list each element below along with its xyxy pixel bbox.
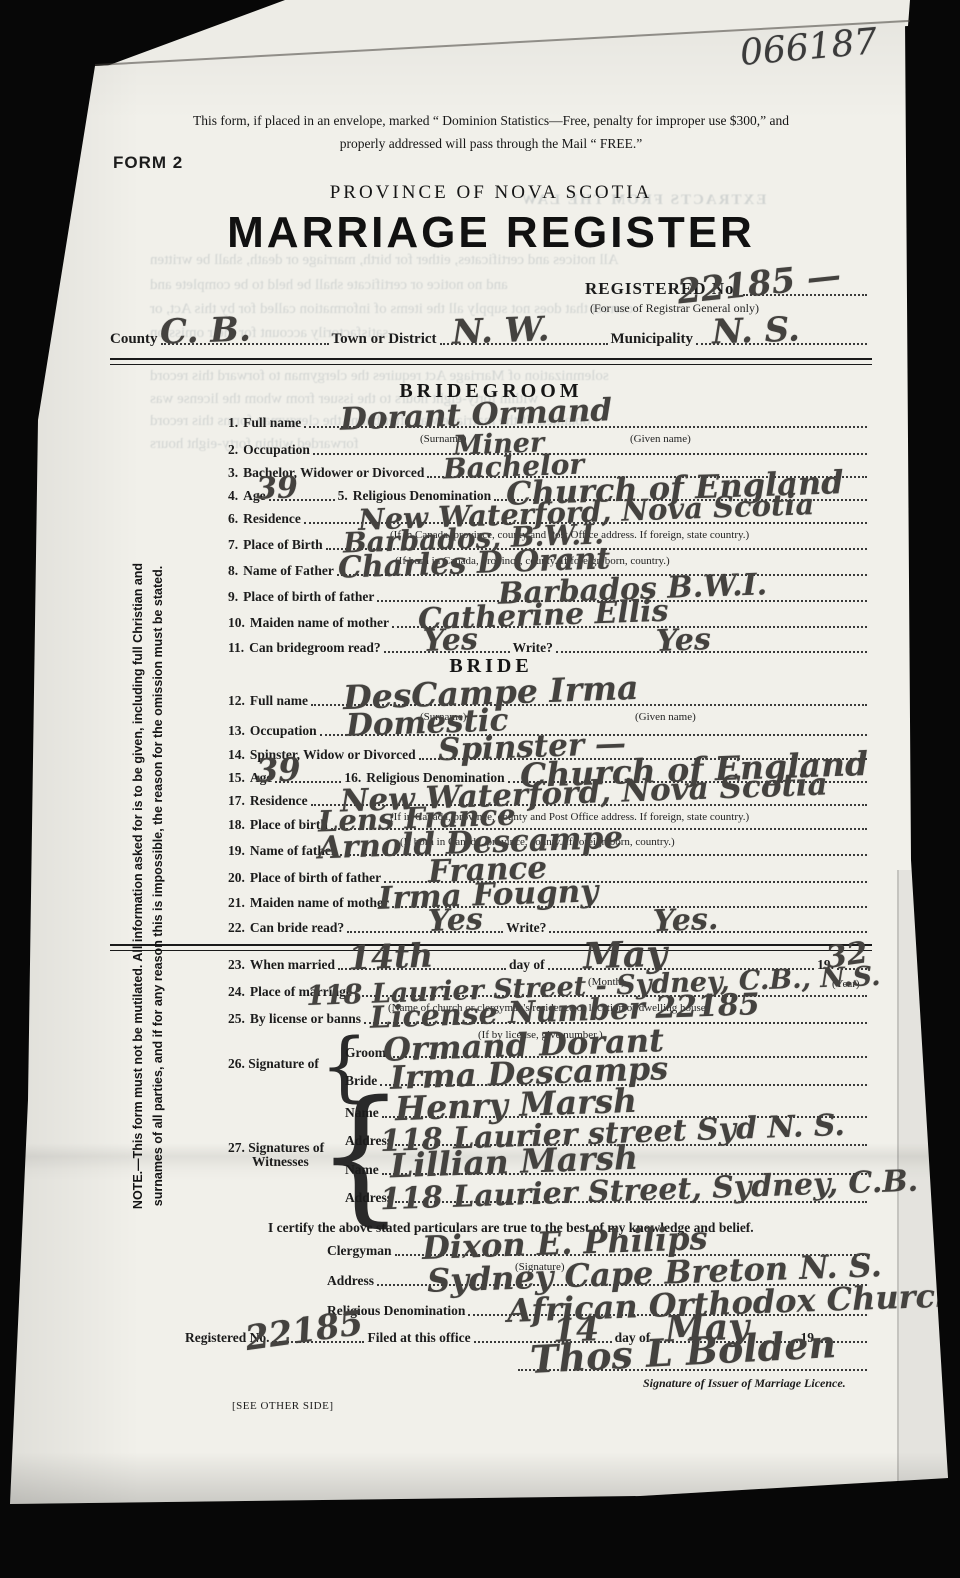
bottom-shade bbox=[0, 1452, 960, 1504]
field-label: When married bbox=[250, 957, 335, 973]
write-label: Write? bbox=[513, 640, 553, 656]
see-other-side-note: [SEE OTHER SIDE] bbox=[232, 1400, 334, 1412]
field-number: 13. bbox=[228, 723, 245, 739]
side-note-line1: NOTE.—This form must not be mutilated. A… bbox=[128, 554, 148, 1218]
name-label: Name bbox=[345, 1105, 379, 1121]
handwritten-value: 39 bbox=[255, 473, 298, 504]
field-label: Signatures of bbox=[248, 1140, 324, 1155]
form-number-label: FORM 2 bbox=[113, 153, 183, 173]
field-21-mother: 21. Maiden name of mother Irma Fougny bbox=[228, 893, 870, 911]
section-divider bbox=[110, 944, 872, 951]
field-number: 27. bbox=[228, 1140, 245, 1155]
field-number: 17. bbox=[228, 793, 245, 809]
scanned-marriage-register: EXTRACTS FROM THE LAW All notices and ce… bbox=[0, 0, 960, 1578]
county-label: County bbox=[110, 331, 158, 348]
province-heading: PROVINCE OF NOVA SCOTIA bbox=[110, 182, 872, 204]
field-number: 5. bbox=[338, 488, 348, 504]
field-12-full-name: 12. Full name DesCampe Irma bbox=[228, 691, 870, 709]
side-note: NOTE.—This form must not be mutilated. A… bbox=[128, 554, 172, 1218]
section-divider bbox=[110, 358, 872, 365]
scan-number-handwritten: 066187 bbox=[739, 24, 879, 72]
filed-label: Filed at this office bbox=[367, 1330, 470, 1346]
handwritten-value: 39 bbox=[255, 753, 301, 787]
field-label: Place of birth bbox=[250, 817, 328, 833]
field-26-label: 26. Signature of bbox=[228, 1056, 319, 1072]
field-number: 22. bbox=[228, 920, 245, 936]
county-row: County Town or District Municipality C. … bbox=[110, 330, 870, 348]
field-number: 12. bbox=[228, 693, 245, 709]
field-label: Maiden name of mother bbox=[250, 615, 389, 631]
issuer-signature-row: Thos L Bolden bbox=[515, 1356, 870, 1374]
field-number: 18. bbox=[228, 817, 245, 833]
field-label: Place of birth of father bbox=[250, 870, 381, 886]
witness2-address-row: Address 118 Laurier Street, Sydney, C.B. bbox=[345, 1188, 870, 1206]
field-number: 15. bbox=[228, 770, 245, 786]
field-label: Place of birth of father bbox=[243, 589, 374, 605]
field-number: 7. bbox=[228, 537, 238, 553]
field-number: 1. bbox=[228, 415, 238, 431]
bleedthrough-line: and no notice or certificate shall be he… bbox=[150, 277, 508, 294]
field-number: 14. bbox=[228, 747, 245, 763]
field-27-label-line2: Witnesses bbox=[252, 1154, 309, 1170]
field-number: 4. bbox=[228, 488, 238, 504]
registered-no-row: REGISTERED No. 22185 — bbox=[585, 281, 870, 299]
mail-instruction-line1: This form, if placed in an envelope, mar… bbox=[110, 113, 872, 129]
field-label: Residence bbox=[243, 511, 301, 527]
name-label: Name bbox=[345, 1162, 379, 1178]
issuer-signature-caption: Signature of Issuer of Marriage Licence. bbox=[643, 1376, 846, 1391]
handwritten-value: Irma Fougny bbox=[378, 876, 599, 915]
field-number: 25. bbox=[228, 1011, 245, 1027]
field-number: 6. bbox=[228, 511, 238, 527]
field-number: 19. bbox=[228, 843, 245, 859]
county-value: C. B. bbox=[159, 312, 251, 349]
field-1-full-name: 1. Full name Dorant Ormand bbox=[228, 413, 870, 431]
town-value: N. W. bbox=[451, 312, 549, 349]
address-label: Address bbox=[327, 1273, 374, 1289]
field-label: Residence bbox=[250, 793, 308, 809]
field-number: 23. bbox=[228, 957, 245, 973]
field-11-can-read: 11. Can bridegroom read? Write? Yes Yes bbox=[228, 638, 870, 656]
form-page: EXTRACTS FROM THE LAW All notices and ce… bbox=[0, 0, 960, 1578]
field-label: Signature of bbox=[248, 1056, 319, 1071]
field-number: 11. bbox=[228, 640, 244, 656]
field-label: Occupation bbox=[250, 723, 317, 739]
groom-label: Groom bbox=[345, 1045, 386, 1061]
field-10-mother: 10. Maiden name of mother Catherine Elli… bbox=[228, 613, 870, 631]
field-label: Occupation bbox=[243, 442, 310, 458]
municipality-value: N. S. bbox=[711, 312, 800, 349]
field-number: 2. bbox=[228, 442, 238, 458]
page-title: MARRIAGE REGISTER bbox=[110, 208, 872, 258]
handwritten-value: Yes bbox=[427, 905, 483, 937]
clergyman-label: Clergyman bbox=[327, 1243, 392, 1259]
field-label: Name of Father bbox=[243, 563, 334, 579]
field-number: 9. bbox=[228, 589, 238, 605]
field-label: Can bridegroom read? bbox=[249, 640, 381, 656]
field-number: 24. bbox=[228, 984, 245, 1000]
field-number: 8. bbox=[228, 563, 238, 579]
field-22-can-read: 22. Can bride read? Write? Yes Yes. bbox=[228, 918, 870, 936]
field-label: Full name bbox=[243, 415, 301, 431]
day-of-label: day of bbox=[509, 957, 545, 973]
field-number: 26. bbox=[228, 1056, 245, 1071]
town-label: Town or District bbox=[332, 331, 437, 348]
field-19-father: 19. Name of father Arnold Descampe bbox=[228, 841, 870, 859]
field-number: 3. bbox=[228, 465, 238, 481]
handwritten-value: Yes bbox=[655, 625, 711, 657]
registered-value: 22185 bbox=[243, 1306, 365, 1356]
field-label: Can bride read? bbox=[250, 920, 344, 936]
side-note-line2: surnames of all parties, and if for any … bbox=[148, 554, 168, 1218]
field-number: 10. bbox=[228, 615, 245, 631]
field-label: Full name bbox=[250, 693, 308, 709]
mail-instruction-line2: properly addressed will pass through the… bbox=[110, 136, 872, 152]
field-label: Place of Birth bbox=[243, 537, 322, 553]
dotted-leader bbox=[313, 451, 867, 455]
write-label: Write? bbox=[506, 920, 546, 936]
field-number: 20. bbox=[228, 870, 245, 886]
field-number: 21. bbox=[228, 895, 245, 911]
municipality-label: Municipality bbox=[611, 331, 694, 348]
handwritten-value: 14th bbox=[347, 939, 433, 975]
field-label: Maiden name of mother bbox=[250, 895, 389, 911]
handwritten-value: Yes bbox=[422, 625, 478, 657]
